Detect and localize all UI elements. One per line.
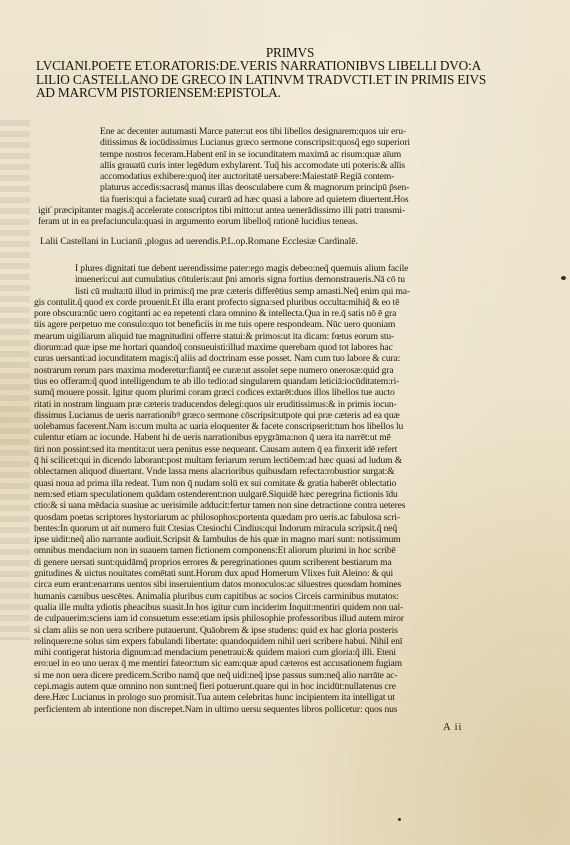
text-line: tiri non possint:sed ita mentita:ut uera…	[34, 444, 514, 455]
text-line: accomodatius exhibere:quoq̃ iter auctori…	[38, 171, 478, 182]
text-line: ritati in nostram linguam præ cæteris tr…	[34, 399, 514, 410]
book-page: PRIMVS LVCIANI.POETE ET.ORATORIS:DE.VERI…	[0, 0, 570, 845]
text-line: feram ut in ea prefaciuncula:quasi in ar…	[38, 216, 478, 227]
text-line: platurus accedis:sacrasq̃ manus illas de…	[38, 182, 478, 193]
text-line: diorum:ad quæ ipse me hortari quandoq̃ c…	[34, 342, 514, 353]
prologue-title: Lalii Castellani in Lucianū ,plogus ad u…	[40, 236, 358, 247]
text-line: di genere uersati sunt:quidāmq̃ proprios…	[34, 557, 514, 568]
text-line: mearum uigiliarum aliquid tue magnitudin…	[34, 331, 514, 342]
ink-spot	[398, 818, 401, 821]
epistola-paragraph: Ene ac decenter autumasti Marce pater:ut…	[38, 126, 478, 228]
text-line: bentes:In quorum ut ait numero fuit Ctes…	[34, 523, 514, 534]
heading-line: LVCIANI.POETE ET.ORATORIS:DE.VERIS NARRA…	[36, 59, 516, 72]
text-line: alīis grauatū curis inter legēdum exhyla…	[38, 160, 478, 171]
text-line: curas uersanti:ad iocunditatem magis:q̃ …	[34, 353, 514, 364]
text-line: q̄ hi scilicet:qui in dicendo laborant:p…	[34, 455, 514, 466]
text-line: culentur etiam ac iocunde. Habent hi de …	[34, 432, 514, 443]
text-line: dissimus Lucianus de ueris narrationibꝰ …	[34, 410, 514, 421]
text-line: quosdam poetas scriptores hystoriarum ac…	[34, 512, 514, 523]
text-line: ero:uel in eo uno uerax q̄ me mentiri fa…	[34, 658, 514, 669]
text-line: relinquere:ne solus sim expers fabulandi…	[34, 636, 514, 647]
show-through-text	[0, 120, 30, 640]
ink-spot	[561, 276, 566, 280]
text-line: tiis agere perpetuo me consulo:quo tot b…	[34, 319, 514, 330]
text-line: perficientem ab intentione non discrepet…	[34, 704, 514, 715]
text-line: I plures dignitati tue debent uerendissi…	[34, 263, 514, 274]
text-line: oblectamen aliquod diuertant. Vnde lassa…	[34, 466, 514, 477]
text-line: qualia ille multa ydiotis pheacibus suas…	[34, 602, 514, 613]
text-line: gis contulit.q̃ quod ex corde prouenit.E…	[34, 297, 514, 308]
text-line: cepi.magis autem quæ omnino non sunt:neq…	[34, 681, 514, 692]
text-line: mihi contigerat historia dignum:ad menda…	[34, 647, 514, 658]
text-line: tius eo offeram:q̃ quod intelligendum te…	[34, 376, 514, 387]
heading-line: AD MARCVM PISTORIENSEM:EPISTOLA.	[36, 86, 516, 99]
heading-kicker: PRIMVS	[36, 46, 516, 59]
text-line: listi cū multa:tū illud in primis:q̄ me …	[34, 286, 514, 297]
signature-mark: A ii	[443, 722, 462, 733]
text-line: igiť præcipitanter magis.q̃ accelerate c…	[38, 205, 478, 216]
text-line: dere.Hæc Lucianus in prologo suo promisi…	[34, 692, 514, 703]
text-line: circa eum erant:enarrans uentos sibi ins…	[34, 579, 514, 590]
text-line: uolebamus facerent.Nam is:cum multa ac u…	[34, 421, 514, 432]
text-line: pore obscura:nūc uero cogitanti ac ea re…	[34, 308, 514, 319]
text-line: ipse uidit:neq̃ alio narrante audiuit.Sc…	[34, 534, 514, 545]
text-line: Ene ac decenter autumasti Marce pater:ut…	[38, 126, 478, 137]
text-line: humanis carnibus uescētes. Animalia plur…	[34, 591, 514, 602]
text-line: quasi noua ad prima illa redeat. Tum non…	[34, 478, 514, 489]
text-line: omnibus mendacium non in suauem tamen fi…	[34, 545, 514, 556]
text-line: sumq̃ mouere possit. Igitur quom plurimi…	[34, 387, 514, 398]
text-line: ditissimus & iocūdissimus Lucianus græco…	[38, 137, 478, 148]
text-line: tempe nostros feceram.Habent enī in se i…	[38, 149, 478, 160]
text-line: si clam aliis se non uera scribere putau…	[34, 625, 514, 636]
text-line: gnitudines & uictus nouitates comētati s…	[34, 568, 514, 579]
text-line: de culpauerim:sciens iam id consuetum es…	[34, 613, 514, 624]
text-line: nostrarum rerum pars maxima moderetur:fi…	[34, 365, 514, 376]
text-line: ctio:& si uana mēdacia suasiue ac uerisi…	[34, 500, 514, 511]
heading-line: LILIO CASTELLANO DE GRECO IN LATINVM TRA…	[36, 73, 516, 86]
text-line: tia fueris:qui a facietate suaq̃ curarū …	[38, 194, 478, 205]
title-block: PRIMVS LVCIANI.POETE ET.ORATORIS:DE.VERI…	[36, 46, 516, 100]
text-line: nem:sed etiam speculationem quādam osten…	[34, 489, 514, 500]
text-line: si me non uera dicere predicem.Scribo na…	[34, 670, 514, 681]
prologue-paragraph: I plures dignitati tue debent uerendissi…	[34, 263, 514, 715]
text-line: inueneri:cui aut cumulatius cōtuleris:au…	[34, 274, 514, 285]
